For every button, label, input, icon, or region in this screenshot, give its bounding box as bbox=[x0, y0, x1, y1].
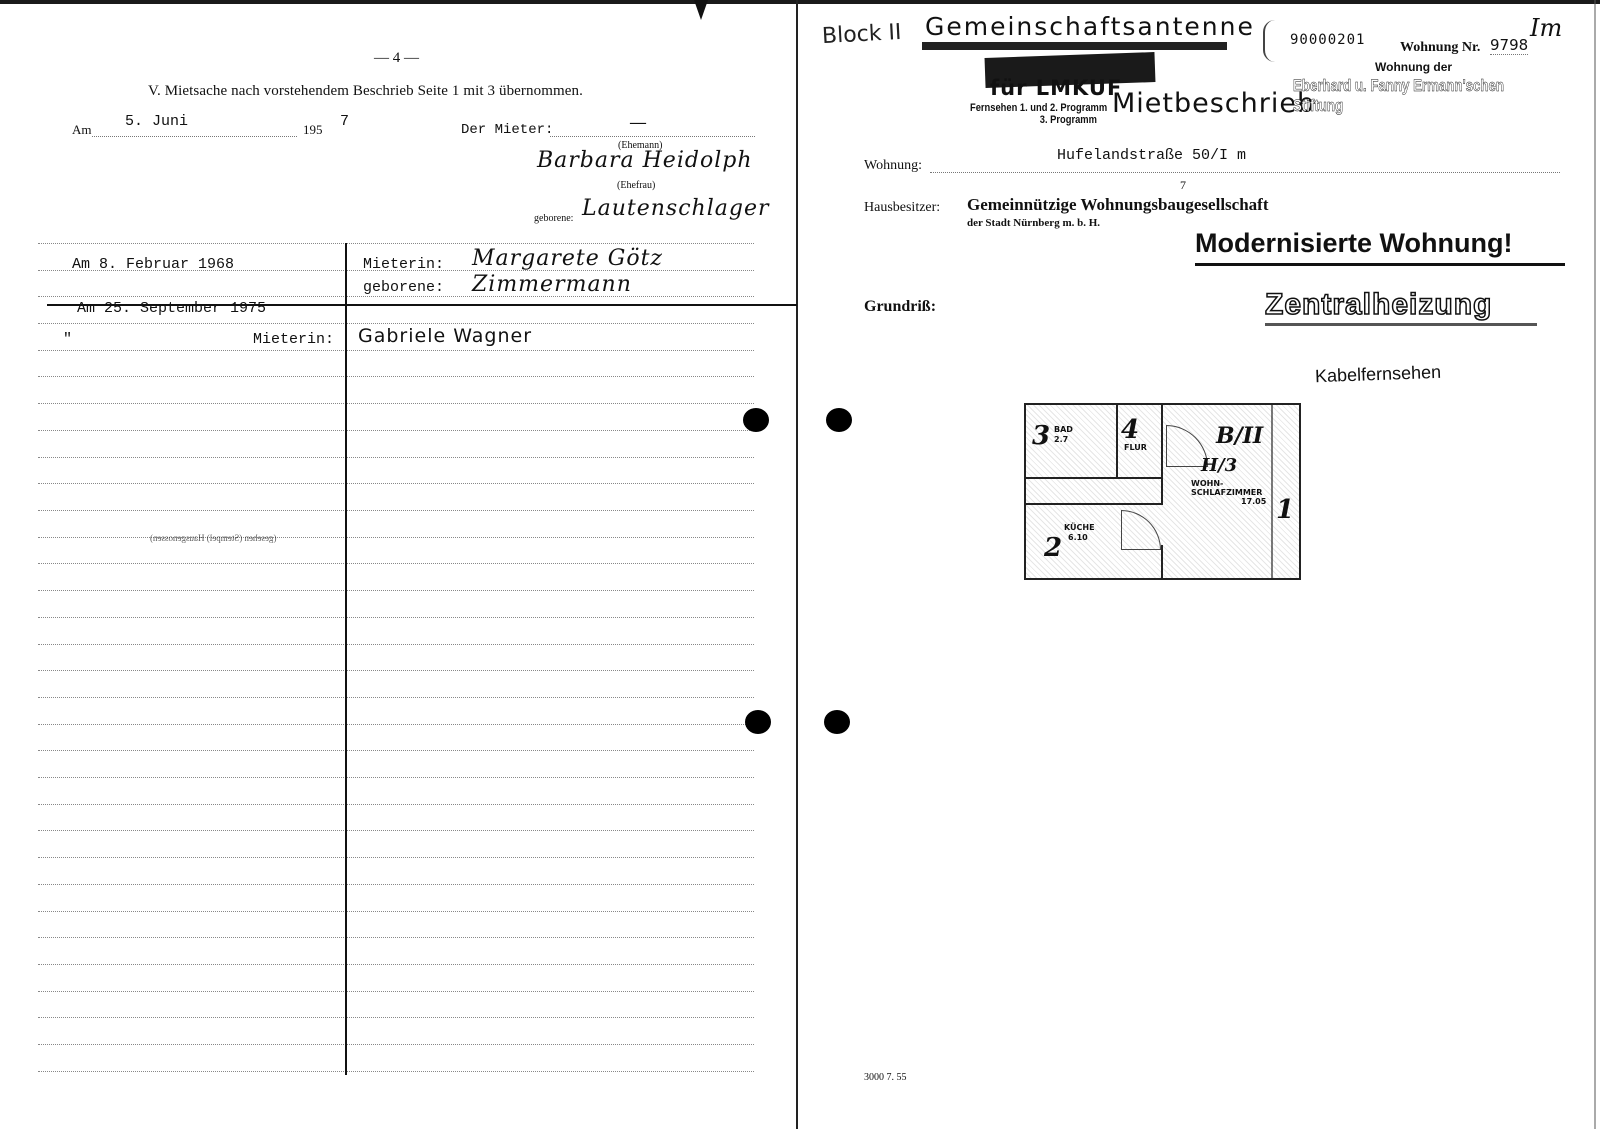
ruled-line bbox=[38, 991, 754, 992]
grundriss-label: Grundriß: bbox=[864, 298, 936, 316]
antenna-stamp-title: Gemeinschaftsantenne bbox=[925, 12, 1255, 41]
hausbesitzer-name: Gemeinnützige Wohnungsbaugesellschaft bbox=[967, 195, 1268, 215]
ruled-line bbox=[38, 296, 754, 297]
hausbesitzer-label: Hausbesitzer: bbox=[864, 200, 940, 216]
ruled-line bbox=[38, 857, 754, 858]
ruled-line bbox=[38, 457, 754, 458]
ruled-line bbox=[38, 617, 754, 618]
page-right-edge bbox=[1594, 0, 1596, 1129]
ruled-line bbox=[38, 911, 754, 912]
room-area: 6.10 bbox=[1068, 533, 1088, 542]
entry-1-geborene-label: geborene: bbox=[363, 279, 444, 296]
entry-2-mieterin-signature: Gabriele Wagner bbox=[358, 325, 532, 347]
ruled-line bbox=[38, 1044, 754, 1045]
block-note: Block II bbox=[821, 20, 902, 49]
ruled-line bbox=[38, 804, 754, 805]
ruled-line bbox=[38, 537, 754, 538]
entry-1-mieterin-signature: Margarete Götz bbox=[472, 246, 663, 271]
ruled-line bbox=[38, 964, 754, 965]
plan-wall bbox=[1161, 405, 1163, 505]
ruled-line bbox=[38, 323, 754, 324]
antenna-stamp-bar bbox=[922, 42, 1227, 50]
entry-2-ditto: " bbox=[63, 331, 72, 348]
ruled-line bbox=[38, 777, 754, 778]
room-name: WOHN-SCHLAFZIMMER bbox=[1191, 479, 1261, 497]
ruled-line bbox=[38, 937, 754, 938]
ruled-line bbox=[38, 884, 754, 885]
document-title: Mietbeschrieb bbox=[1112, 88, 1315, 119]
ruled-line bbox=[38, 697, 754, 698]
plan-door bbox=[1121, 510, 1161, 550]
entry-2-date: Am 25. September 1975 bbox=[77, 300, 266, 317]
plan-wall bbox=[1271, 405, 1273, 578]
ruled-line bbox=[38, 350, 754, 351]
entry-2-mieterin-label: Mieterin: bbox=[253, 331, 334, 348]
ruled-line bbox=[38, 590, 754, 591]
punch-hole bbox=[745, 710, 771, 734]
wohnung-mark: 7 bbox=[1180, 178, 1186, 193]
ruled-line bbox=[38, 376, 754, 377]
room-number: 4 bbox=[1121, 415, 1139, 445]
plan-wall bbox=[1026, 477, 1163, 479]
wohnung-nr-handwritten: Im bbox=[1530, 14, 1562, 42]
ruled-line bbox=[38, 510, 754, 511]
wohnung-line bbox=[930, 172, 1560, 173]
heating-stamp: Zentralheizung bbox=[1265, 288, 1492, 322]
wohnung-nr-label: Wohnung Nr. bbox=[1400, 40, 1480, 56]
modernized-stamp-rule bbox=[1195, 263, 1565, 266]
ruled-line bbox=[38, 403, 754, 404]
plan-wall bbox=[1026, 503, 1163, 505]
owner-line-1: Wohnung der bbox=[1375, 60, 1452, 74]
owner-line-2: Eberhard u. Fanny Ermann'schen Stiftung bbox=[1293, 76, 1532, 116]
room-name: KÜCHE bbox=[1064, 523, 1095, 532]
entry-1-geborene-signature: Zimmermann bbox=[472, 272, 632, 297]
floor-plan: 3 BAD 2.7 4 FLUR B/II H/3 WOHN-SCHLAFZIM… bbox=[1024, 403, 1301, 580]
id-number: 90000201 bbox=[1290, 32, 1365, 48]
punch-hole bbox=[824, 710, 850, 734]
block-label: B/II bbox=[1216, 423, 1263, 449]
ruled-line bbox=[38, 724, 754, 725]
room-number: 3 bbox=[1032, 421, 1050, 451]
plan-wall bbox=[1161, 545, 1163, 578]
ruled-line bbox=[38, 1071, 754, 1072]
ruled-line bbox=[38, 644, 754, 645]
form-code: 3000 7. 55 bbox=[864, 1072, 907, 1083]
ruled-line bbox=[38, 483, 754, 484]
program-line-2: 3. Programm bbox=[970, 114, 1107, 126]
ruled-line bbox=[38, 750, 754, 751]
program-line-1: Fernsehen 1. und 2. Programm bbox=[970, 102, 1107, 114]
wohnung-nr-value: 9798 bbox=[1490, 36, 1528, 55]
wohnung-label: Wohnung: bbox=[864, 158, 922, 174]
room-name: FLUR bbox=[1124, 443, 1147, 452]
punch-hole bbox=[826, 408, 852, 432]
plan-wall bbox=[1116, 405, 1118, 477]
antenna-for: für LMKUF bbox=[990, 76, 1122, 100]
ruled-line bbox=[38, 670, 754, 671]
ruled-line bbox=[38, 830, 754, 831]
mirrored-bleedthrough-note: (gesehen (Stempel) Hausgenossen) bbox=[150, 533, 276, 543]
room-number: 1 bbox=[1276, 495, 1294, 525]
unit-label: H/3 bbox=[1201, 455, 1237, 476]
ruled-line bbox=[38, 1017, 754, 1018]
entry-1-date: Am 8. Februar 1968 bbox=[72, 256, 234, 273]
ruled-line bbox=[38, 243, 754, 244]
hausbesitzer-sub: der Stadt Nürnberg m. b. H. bbox=[967, 217, 1100, 229]
entry-1-mieterin-label: Mieterin: bbox=[363, 256, 444, 273]
modernized-stamp: Modernisierte Wohnung! bbox=[1195, 228, 1513, 259]
room-number: 2 bbox=[1044, 533, 1062, 563]
column-divider bbox=[345, 243, 347, 1075]
ruled-line bbox=[38, 563, 754, 564]
room-name: BAD bbox=[1054, 425, 1073, 434]
cable-tv-stamp: Kabelfernsehen bbox=[1315, 362, 1442, 387]
punch-hole bbox=[743, 408, 769, 432]
wohnung-value: Hufelandstraße 50/I m bbox=[1057, 147, 1246, 164]
room-area: 17.05 bbox=[1241, 497, 1266, 506]
antenna-programs: Fernsehen 1. und 2. Programm 3. Programm bbox=[970, 102, 1107, 126]
room-area: 2.7 bbox=[1054, 435, 1068, 444]
heating-stamp-rule bbox=[1265, 323, 1537, 326]
ruled-line bbox=[38, 430, 754, 431]
